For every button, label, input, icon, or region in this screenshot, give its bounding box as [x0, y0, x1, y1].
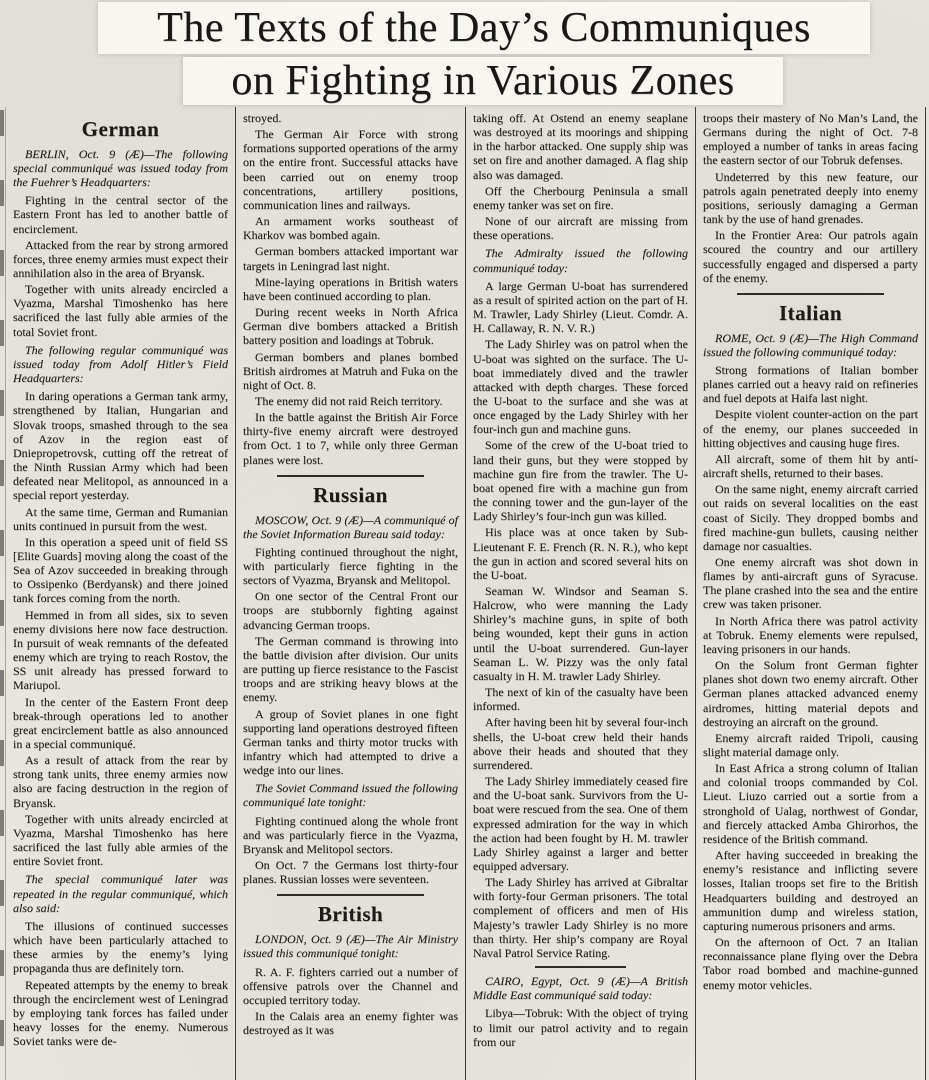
section-heading-british: British [243, 902, 458, 927]
paragraph: In the battle against the British Air Fo… [243, 410, 458, 467]
paragraph: All aircraft, some of them hit by anti-a… [703, 452, 918, 480]
section-heading-italian: Italian [703, 301, 918, 326]
section-divider-rule [737, 293, 883, 295]
paragraph: On the same night, enemy aircraft carrie… [703, 482, 918, 553]
paragraph: On the afternoon of Oct. 7 an Italian re… [703, 935, 918, 992]
paragraph: The Lady Shirley was on patrol when the … [473, 337, 688, 436]
paragraph: In North Africa there was patrol activit… [703, 614, 918, 656]
paragraph: Repeated attempts by the enemy to break … [13, 978, 228, 1049]
paragraph: Fighting continued along the whole front… [243, 814, 458, 856]
dateline: CAIRO, Egypt, Oct. 9 (Æ)—A British Middl… [473, 974, 688, 1002]
paragraph: Hemmed in from all sides, six to seven e… [13, 608, 228, 693]
paragraph: A group of Soviet planes in one fight su… [243, 707, 458, 778]
paragraph: During recent weeks in North Africa Germ… [243, 305, 458, 347]
paragraph: His place was at once taken by Sub-Lieut… [473, 525, 688, 582]
paragraph: On Oct. 7 the Germans lost thirty-four p… [243, 858, 458, 886]
paragraph: After having succeeded in breaking the e… [703, 848, 918, 933]
paragraph: In the Calais area an enemy fighter was … [243, 1009, 458, 1037]
paragraph: Attacked from the rear by strong armored… [13, 238, 228, 280]
paragraph: At the same time, German and Rumanian un… [13, 505, 228, 533]
section-heading-german: German [13, 117, 228, 142]
paragraph: One enemy aircraft was shot down in flam… [703, 555, 918, 612]
headline-strip-2: on Fighting in Various Zones [183, 57, 783, 105]
paragraph: In East Africa a strong column of Italia… [703, 761, 918, 846]
paragraph: In daring operations a German tank army,… [13, 389, 228, 502]
dateline: The following regular communiqué was iss… [13, 343, 228, 385]
paragraph: On the Solum front German fighter planes… [703, 658, 918, 729]
scan-edge-artifacts [0, 110, 4, 1080]
paragraph: Strong formations of Italian bomber plan… [703, 363, 918, 405]
column-2: stroyed.The German Air Force with strong… [236, 107, 466, 1080]
paragraph: German bombers attacked important war ta… [243, 244, 458, 272]
paragraph: R. A. F. fighters carried out a number o… [243, 965, 458, 1007]
masthead: The Texts of the Day’s Communiques on Fi… [0, 0, 929, 106]
paragraph: The German Air Force with strong formati… [243, 127, 458, 212]
dateline: BERLIN, Oct. 9 (Æ)—The following special… [13, 147, 228, 189]
paragraph: Together with units already encircled a … [13, 282, 228, 339]
section-divider-rule [277, 475, 423, 477]
paragraph: The next of kin of the casualty have bee… [473, 685, 688, 713]
paragraph: Libya—Tobruk: With the object of trying … [473, 1006, 688, 1048]
paragraph: troops their mastery of No Man’s Land, t… [703, 111, 918, 168]
section-divider-rule [277, 894, 423, 896]
headline-strip-1: The Texts of the Day’s Communiques [98, 2, 870, 54]
dateline: LONDON, Oct. 9 (Æ)—The Air Ministry issu… [243, 932, 458, 960]
column-3: taking off. At Ostend an enemy seaplane … [466, 107, 696, 1080]
paragraph: The German command is throwing into the … [243, 634, 458, 705]
paragraph: On one sector of the Central Front our t… [243, 589, 458, 631]
paragraph: Mine-laying operations in British waters… [243, 275, 458, 303]
paragraph: stroyed. [243, 111, 458, 125]
divider-rule [535, 966, 625, 968]
paragraph: As a result of attack from the rear by s… [13, 753, 228, 810]
paragraph: None of our aircraft are missing from th… [473, 214, 688, 242]
dateline: The Soviet Command issued the following … [243, 781, 458, 809]
article-columns: GermanBERLIN, Oct. 9 (Æ)—The following s… [5, 107, 926, 1080]
section-heading-russian: Russian [243, 483, 458, 508]
paragraph: The illusions of continued successes whi… [13, 919, 228, 976]
paragraph: Off the Cherbourg Peninsula a small enem… [473, 184, 688, 212]
paragraph: Enemy aircraft raided Tripoli, causing s… [703, 731, 918, 759]
dateline: The Admiralty issued the following commu… [473, 246, 688, 274]
paragraph: Together with units already encircled at… [13, 812, 228, 869]
headline-line1: The Texts of the Day’s Communiques [157, 4, 811, 52]
headline-line2: on Fighting in Various Zones [231, 57, 734, 105]
column-1: GermanBERLIN, Oct. 9 (Æ)—The following s… [5, 107, 236, 1080]
paragraph: taking off. At Ostend an enemy seaplane … [473, 111, 688, 182]
paragraph: In the center of the Eastern Front deep … [13, 695, 228, 752]
paragraph: After having been hit by several four-in… [473, 715, 688, 772]
paragraph: Some of the crew of the U-boat tried to … [473, 438, 688, 523]
dateline: The special communiqué later was repeate… [13, 872, 228, 914]
paragraph: Fighting continued throughout the night,… [243, 545, 458, 587]
paragraph: In the Frontier Area: Our patrols again … [703, 228, 918, 285]
paragraph: Despite violent counter-action on the pa… [703, 407, 918, 449]
paragraph: German bombers and planes bombed British… [243, 350, 458, 392]
dateline: MOSCOW, Oct. 9 (Æ)—A communiqué of the S… [243, 513, 458, 541]
paragraph: Seaman W. Windsor and Seaman S. Halcrow,… [473, 584, 688, 683]
paragraph: The Lady Shirley immediately ceased fire… [473, 774, 688, 873]
paragraph: An armament works southeast of Kharkov w… [243, 214, 458, 242]
paragraph: A large German U-boat has surrendered as… [473, 279, 688, 336]
paragraph: The enemy did not raid Reich territory. [243, 394, 458, 408]
paragraph: In this operation a speed unit of field … [13, 535, 228, 606]
column-4: troops their mastery of No Man’s Land, t… [696, 107, 926, 1080]
dateline: ROME, Oct. 9 (Æ)—The High Command issued… [703, 331, 918, 359]
paragraph: Fighting in the central sector of the Ea… [13, 193, 228, 235]
paragraph: The Lady Shirley has arrived at Gibralta… [473, 875, 688, 960]
paragraph: Undeterred by this new feature, our patr… [703, 170, 918, 227]
